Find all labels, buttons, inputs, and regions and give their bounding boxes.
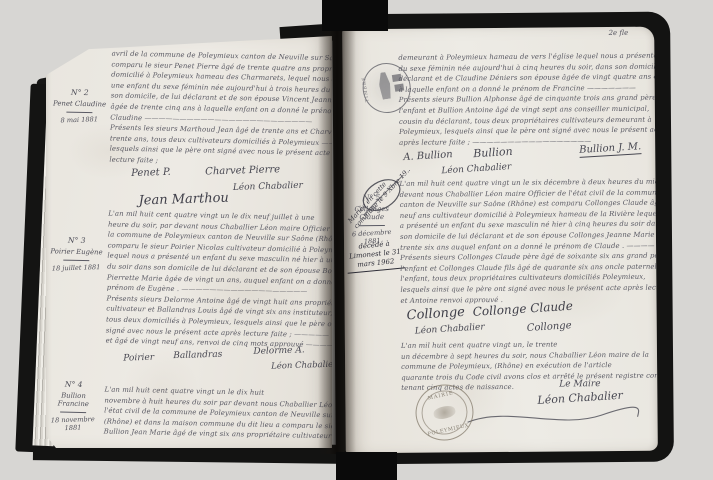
act4-continuation-body: demeurant à Poleymieux hameau de vers l'…: [398, 51, 655, 149]
signature: Léon Chabalier: [271, 360, 332, 372]
spine-tab-bottom: [336, 452, 397, 480]
right-page: 2e fle TIMBRE demeurant à Poleymieux ham…: [342, 27, 658, 454]
act-child-name: Bullion Francine: [46, 391, 103, 408]
seated-figure-icon: [377, 72, 392, 100]
act2-margin: N° 2 Penet Claudine 8 mai 1881: [50, 87, 109, 124]
act2-body: avril de la commune de Poleymieux canton…: [109, 49, 331, 170]
act-date: 18 juillet 1881: [47, 263, 105, 273]
signature: Bullion: [473, 145, 513, 160]
signature: A. Bullion: [403, 149, 453, 163]
signature: Ballandras: [173, 350, 222, 362]
signature: Léon Chabalier: [233, 181, 303, 193]
margin-rule: [359, 225, 385, 226]
signature: Poirier: [123, 353, 154, 364]
act-number: N° 4: [46, 379, 103, 389]
left-page: N° 2 Penet Claudine 8 mai 1881 avril de …: [46, 36, 332, 448]
act5-margin: N° 5 Collonges Claude 6 décembre 1881: [344, 193, 400, 245]
signature-flourish: [463, 403, 643, 431]
act-date: 18 novembre 1881: [46, 415, 102, 433]
act4-margin: N° 4 Bullion Francine 18 novembre 1881: [46, 379, 103, 432]
right-page-content: 2e fle TIMBRE demeurant à Poleymieux ham…: [342, 27, 658, 454]
mairie-stamp-bottom-text: POLEYMIEUX: [420, 421, 476, 439]
act5-body: L'an mil huit cent quatre vingt un le si…: [399, 177, 656, 306]
act-line: Poleymieux, lesquels ainsi que le père o…: [399, 125, 655, 138]
signature: Léon Chabalier: [415, 322, 485, 336]
folio-annotation: 2e fle: [609, 29, 629, 37]
death-margin-note: décédé à Limonest le 31 mars 1962: [345, 238, 406, 273]
signature: Charvet Pierre: [205, 164, 280, 177]
act-number: N° 2: [51, 87, 109, 97]
act-date: 8 mai 1881: [50, 115, 108, 125]
revenue-stamp-label: TIMBRE: [362, 76, 371, 102]
act-child-name: Collonges Claude: [344, 205, 400, 221]
act-line: lesquels ainsi que le père ont signé ave…: [400, 283, 656, 296]
act-child-name: Poirier Eugène: [47, 247, 105, 256]
margin-rule: [66, 112, 92, 114]
act4-body: L'an mil huit cent quatre vingt un le di…: [104, 384, 325, 442]
spine-tab-top: [322, 0, 388, 31]
signature: Collonge: [526, 320, 571, 334]
act-number: N° 5: [344, 193, 400, 202]
mairie-stamp-emblem: [432, 404, 456, 420]
signature: Delorme A.: [253, 345, 305, 357]
act3-margin: N° 3 Poirier Eugène 18 juillet 1881: [47, 235, 106, 272]
signature: Jean Marthou: [138, 191, 229, 209]
margin-rule: [60, 412, 86, 414]
signature: Penet P.: [131, 167, 171, 179]
act-number: N° 3: [48, 235, 106, 245]
signature: Collonge: [406, 305, 465, 324]
mayor-title: Le Maire: [559, 379, 600, 389]
act-child-name: Penet Claudine: [50, 99, 108, 108]
register-scan: N° 2 Penet Claudine 8 mai 1881 avril de …: [0, 0, 713, 480]
act3-body: L'an mil huit cent quatre vingt un le di…: [106, 209, 329, 351]
signature: Bullion J. M.: [579, 141, 642, 158]
signature: Léon Chabalier: [441, 162, 511, 176]
margin-rule: [63, 260, 89, 262]
left-page-content: N° 2 Penet Claudine 8 mai 1881 avril de …: [46, 36, 332, 448]
